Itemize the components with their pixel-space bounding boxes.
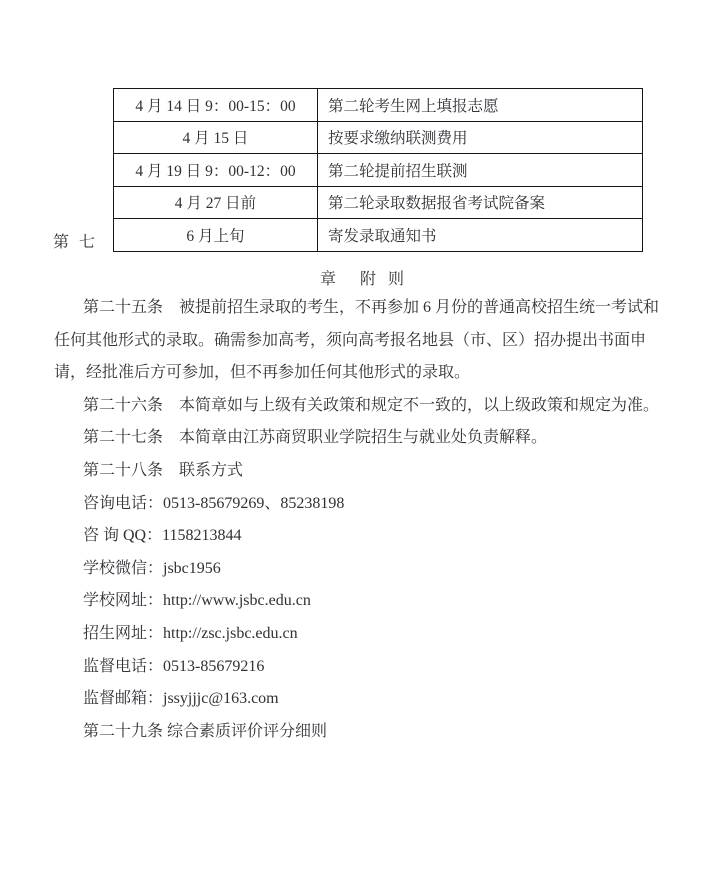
schedule-date-cell: 4 月 14 日 9：00-15：00 (114, 89, 318, 122)
paragraph-school-website: 学校网址：http://www.jsbc.edu.cn (54, 585, 667, 618)
paragraph-article-28: 第二十八条 联系方式 (54, 455, 667, 488)
document-page: 第七 4 月 14 日 9：00-15：00第二轮考生网上填报志愿4 月 15 … (0, 0, 715, 884)
schedule-event-cell: 按要求缴纳联测费用 (318, 121, 643, 154)
schedule-event-cell: 第二轮考生网上填报志愿 (318, 89, 643, 122)
schedule-date-cell: 4 月 27 日前 (114, 186, 318, 219)
table-row: 4 月 27 日前第二轮录取数据报省考试院备案 (114, 186, 643, 219)
paragraph-article-25: 第二十五条 被提前招生录取的考生，不再参加 6 月份的普通高校招生统一考试和任何… (54, 292, 667, 390)
paragraph-consult-phone: 咨询电话：0513-85679269、85238198 (54, 488, 667, 521)
paragraph-consult-qq: 咨 询 QQ：1158213844 (54, 520, 667, 553)
table-row: 6 月上旬寄发录取通知书 (114, 219, 643, 252)
paragraph-article-29: 第二十九条 综合素质评价评分细则 (54, 716, 667, 749)
schedule-date-cell: 4 月 15 日 (114, 121, 318, 154)
schedule-event-cell: 第二轮录取数据报省考试院备案 (318, 186, 643, 219)
table-row: 4 月 15 日按要求缴纳联测费用 (114, 121, 643, 154)
admission-schedule-table: 4 月 14 日 9：00-15：00第二轮考生网上填报志愿4 月 15 日按要… (113, 88, 643, 252)
paragraph-school-wechat: 学校微信：jsbc1956 (54, 553, 667, 586)
paragraph-article-27: 第二十七条 本简章由江苏商贸职业学院招生与就业处负责解释。 (54, 422, 667, 455)
schedule-event-cell: 寄发录取通知书 (318, 219, 643, 252)
paragraph-article-26: 第二十六条 本简章如与上级有关政策和规定不一致的，以上级政策和规定为准。 (54, 390, 667, 423)
chapter-side-label: 第七 (53, 229, 105, 252)
table-row: 4 月 14 日 9：00-15：00第二轮考生网上填报志愿 (114, 89, 643, 122)
schedule-event-cell: 第二轮提前招生联测 (318, 154, 643, 187)
schedule-date-cell: 4 月 19 日 9：00-12：00 (114, 154, 318, 187)
body-paragraphs: 第二十五条 被提前招生录取的考生，不再参加 6 月份的普通高校招生统一考试和任何… (54, 292, 667, 748)
paragraph-supervision-phone: 监督电话：0513-85679216 (54, 651, 667, 684)
paragraph-admissions-website: 招生网址：http://zsc.jsbc.edu.cn (54, 618, 667, 651)
schedule-date-cell: 6 月上旬 (114, 219, 318, 252)
table-row: 4 月 19 日 9：00-12：00第二轮提前招生联测 (114, 154, 643, 187)
paragraph-supervision-email: 监督邮箱：jssyjjjc@163.com (54, 683, 667, 716)
